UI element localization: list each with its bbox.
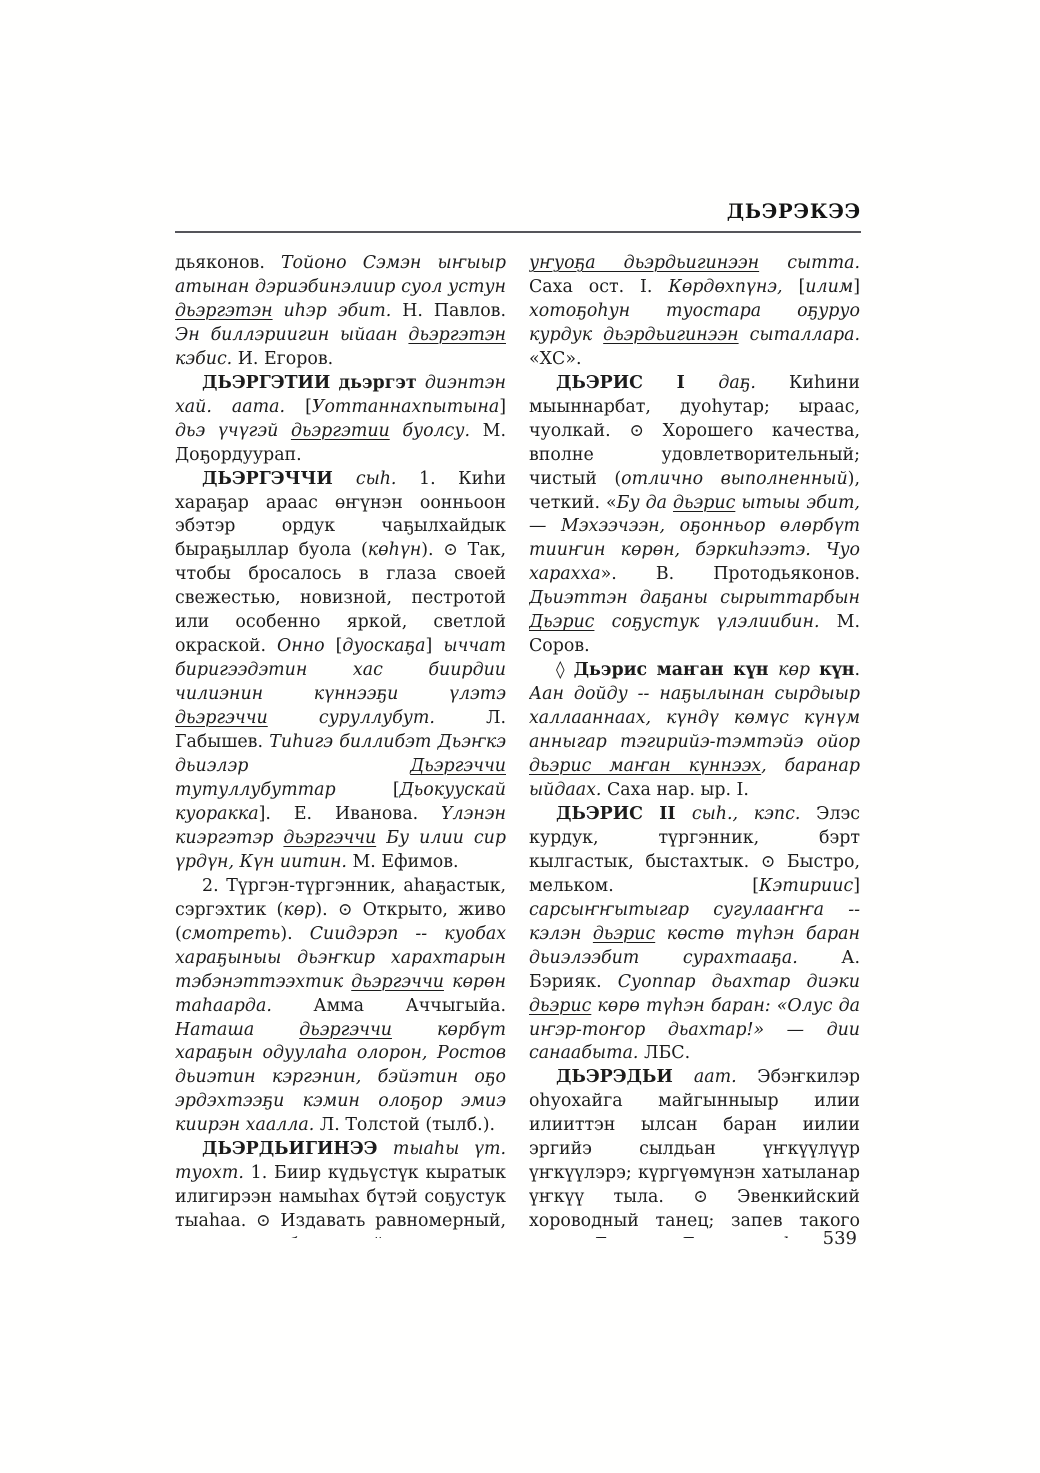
text-segment: ]. Е. Иванова. (259, 804, 441, 824)
text-segment: Онно (277, 636, 336, 656)
text-segment: Н. Павлов. (391, 301, 506, 321)
dictionary-paragraph: уҥуоҕа дьэрдьигинээн сытта. Саха ост. I.… (529, 252, 860, 372)
text-segment: ». В. Протодьяконов. (601, 564, 860, 584)
text-segment: даҕ. (718, 373, 756, 393)
text-segment: дьэргэччи (283, 828, 376, 848)
text-segment: дьяконов. (175, 253, 281, 273)
dictionary-paragraph: ДЬЭРЭДЬИ аат. Эбэҥкилэр оһуохайга майгын… (529, 1066, 860, 1238)
text-segment: сытта. (759, 253, 860, 273)
text-segment: . (854, 660, 860, 680)
dictionary-paragraph: ◊ Дьэрис маҥан күн көр күн. Аан дойду --… (529, 659, 860, 803)
dictionary-paragraph: 2. Түргэн-түргэнник, аһаҕастык, сэргэхти… (175, 875, 506, 1138)
text-segment: Дьэрис маҥан күн (574, 660, 778, 680)
text-segment: ◊ (556, 660, 574, 680)
text-segment: дуоскаҕа (342, 636, 425, 656)
text-segment: дьэ үчүгэй (175, 421, 291, 441)
dictionary-paragraph: ДЬЭРГЭЧЧИ сыһ. 1. Киһи хараҕар араас өҥү… (175, 468, 506, 875)
text-segment: [ (393, 780, 400, 800)
text-segment: Уоттаннахпытына (312, 397, 499, 417)
text-segment: ] (853, 277, 860, 297)
left-column: дьяконов. Тойоно Сэмэн ыҥыыр атынан дэри… (175, 252, 506, 1238)
header-rule (175, 231, 861, 233)
text-segment: күн (819, 660, 854, 680)
text-segment: тутуллубуттар (175, 780, 393, 800)
text-segment: аат. (694, 1067, 737, 1087)
dictionary-paragraph: ДЬЭРДЬИГИНЭЭ тыаһы үт. туохт. 1. Биир кү… (175, 1138, 506, 1238)
text-segment: Саха нар. ыр. I. (601, 780, 748, 800)
dictionary-page: ДЬЭРЭКЭЭ дьяконов. Тойоно Сэмэн ыҥыыр ат… (0, 0, 1040, 1473)
text-segment: отлично выполненный (621, 469, 848, 489)
text-segment: Суоппар дьахтар диэки (618, 972, 860, 992)
text-segment: Л. Толстой (тылб.). (314, 1115, 495, 1135)
dictionary-paragraph: ДЬЭРГЭТИИ дьэргэт диэнтэн хай. аата. [Уо… (175, 372, 506, 468)
text-segment: уҥуоҕа дьэрдьигинээн (529, 253, 759, 273)
text-segment: ). (280, 924, 309, 944)
text-segment: дьэргэтии (291, 421, 390, 441)
text-segment: ЛБС. (638, 1043, 690, 1063)
text-segment: дьэрис (673, 493, 735, 513)
text-segment: буолсу. (390, 421, 470, 441)
dictionary-paragraph: дьяконов. Тойоно Сэмэн ыҥыыр атынан дэри… (175, 252, 506, 372)
text-segment: Дьиэттэн даҕаны сырыттарбын (529, 588, 860, 608)
text-segment: ДЬЭРИС II (556, 804, 692, 824)
text-segment: [ (285, 397, 312, 417)
text-segment: Кэтириис (759, 876, 853, 896)
text-segment: ДЬЭРИС I (556, 373, 718, 393)
text-segment: дьэрис (529, 996, 591, 1016)
text-segment: сыталлара. (739, 325, 860, 345)
text-segment: дьэргэччи (351, 972, 444, 992)
text-segment: көр (778, 660, 819, 680)
text-segment: ДЬЭРГЭТИИ дьэргэт (202, 373, 425, 393)
text-segment: соҕустук үлэлиибин. (594, 612, 819, 632)
text-segment: Көрдөхпүнэ, (668, 277, 798, 297)
text-segment: көр (283, 900, 315, 920)
text-segment: Наташа (175, 1020, 299, 1040)
dictionary-paragraph: ДЬЭРИС I даҕ. Киһини мыыннарбат, дуоһута… (529, 372, 860, 659)
text-segment: дьэрис (593, 924, 655, 944)
text-segment: дьэрис маҥан күннээх (529, 756, 761, 776)
right-column: уҥуоҕа дьэрдьигинээн сытта. Саха ост. I.… (529, 252, 860, 1238)
text-segment: сыһ. (356, 469, 397, 489)
text-segment: сыһ., кэпс. (692, 804, 801, 824)
text-segment: Дьэрис (529, 612, 594, 632)
running-head-row: ДЬЭРЭКЭЭ (175, 200, 861, 227)
text-segment: ] (499, 397, 506, 417)
text-segment: Эн биллэриигин ыйаан (175, 325, 408, 345)
text-segment: дьэргэтэн (408, 325, 506, 345)
page-number: 539 (823, 1228, 857, 1249)
dictionary-paragraph: ДЬЭРИС II сыһ., кэпс. Элэс курдук, түргэ… (529, 803, 860, 1066)
text-segment: илим (805, 277, 853, 297)
text-segment: дьэргэччи (299, 1020, 392, 1040)
text-segment: Аан дойду -- наҕылынан сырдыыр халлаанна… (529, 684, 860, 752)
text-segment: смотреть (182, 924, 281, 944)
text-columns: дьяконов. Тойоно Сэмэн ыҥыыр атынан дэри… (175, 252, 861, 1238)
text-segment: көһүн (368, 540, 421, 560)
text-segment: Амма Аччыгыйа. (272, 996, 506, 1016)
text-segment: Дьэргэччи (410, 756, 506, 776)
text-segment: ] (853, 876, 860, 896)
text-segment: Бу да (617, 493, 673, 513)
text-segment: И. Егоров. (232, 349, 333, 369)
text-segment: ] (426, 636, 444, 656)
text-segment: дьэргэтэн (175, 301, 273, 321)
text-segment: суруллубут. (268, 708, 435, 728)
text-segment: иһэр эбит. (273, 301, 392, 321)
text-segment: дьэрдьигинээн (603, 325, 738, 345)
text-segment: дьэргэччи (175, 708, 268, 728)
text-segment: кэбис. (175, 349, 232, 369)
text-segment: «ХС». (529, 349, 582, 369)
running-head: ДЬЭРЭКЭЭ (727, 200, 861, 223)
text-segment: М. Ефимов. (347, 852, 459, 872)
text-segment: ДЬЭРГЭЧЧИ (202, 469, 356, 489)
text-segment: ДЬЭРЭДЬИ (556, 1067, 694, 1087)
text-segment: Саха ост. I. (529, 277, 668, 297)
page-content: ДЬЭРЭКЭЭ дьяконов. Тойоно Сэмэн ыҥыыр ат… (175, 200, 861, 1238)
text-segment: ДЬЭРДЬИГИНЭЭ (202, 1139, 393, 1159)
text-segment: Эбэҥкилэр оһуохайга майгынныыр илии илии… (529, 1067, 860, 1238)
